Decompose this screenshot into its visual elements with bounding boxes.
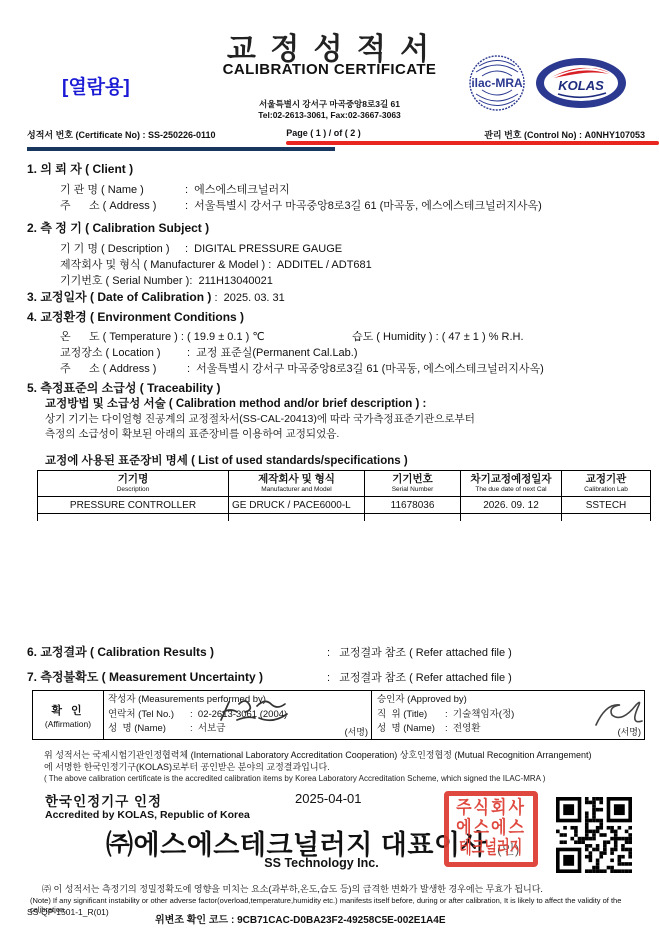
kolas-accreditation-en: Accredited by KOLAS, Republic of Korea	[45, 809, 250, 821]
tel-label: 연락처 (Tel No.)	[108, 708, 190, 723]
svg-text:KOLAS: KOLAS	[558, 78, 604, 93]
approver-signature	[592, 697, 648, 740]
standard-nextcal: 2026. 09. 12	[461, 497, 562, 514]
col-callab-kr: 교정기관	[562, 471, 650, 486]
traceability-description-line1: 상기 기기는 다이얼형 진공계의 교정절차서(SS-CAL-20413)에 따라…	[45, 411, 475, 426]
ilac-statement-line2: 에 서명한 한국인정기구(KOLAS)로부터 공인받은 분야의 교정결과입니다.	[44, 760, 330, 773]
traceability-method-line: 교정방법 및 소급성 서술 ( Calibration method and/o…	[45, 395, 426, 411]
control-number: 관리 번호 (Control No) : A0NHY107053	[484, 128, 645, 141]
client-address-row: 주 소 ( Address ): 서울특별시 강서구 마곡중앙8로3길 61 (…	[60, 197, 542, 213]
subject-description-value: : DIGITAL PRESSURE GAUGE	[185, 243, 342, 255]
svg-text:ilac-MRA: ilac-MRA	[471, 76, 523, 90]
location-row: 교정장소 ( Location ): 교정 표준실(Permanent Cal.…	[60, 344, 358, 360]
environment-address-label: 주 소 ( Address )	[60, 360, 187, 376]
standards-empty-row	[38, 514, 651, 522]
traceability-description-line2: 측정의 소급성이 확보된 아래의 표준장비를 이용하여 교정되었음.	[45, 426, 339, 441]
standard-manufacturer: GE DRUCK / PACE6000-L	[229, 497, 365, 514]
calibration-certificate-page: 교 정 성 적 서 CALIBRATION CERTIFICATE [열람용] …	[0, 0, 659, 932]
uncertainty-row: 7. 측정불확도 ( Measurement Uncertainty ): 교정…	[27, 668, 512, 685]
standard-description: PRESSURE CONTROLLER	[38, 497, 229, 514]
approver-title-label: 직 위 (Title)	[377, 708, 445, 723]
col-serial-en: Serial Number	[365, 486, 460, 496]
section-subject-heading: 2. 측 정 기 ( Calibration Subject )	[27, 219, 209, 236]
uncertainty-heading: 7. 측정불확도 ( Measurement Uncertainty )	[27, 668, 327, 685]
affirmation-title-cell: 확 인 (Affirmation)	[33, 691, 104, 739]
form-code: SS-QP-1501-1_R(01)	[27, 907, 109, 917]
humidity-row: 습도 ( Humidity ) : ( 47 ± 1 ) % R.H.	[352, 328, 524, 344]
subject-manufacturer-label: 제작회사 및 형식 ( Manufacturer & Model )	[60, 256, 268, 272]
standard-serial: 11678036	[365, 497, 461, 514]
col-manufacturer-en: Manufacturer and Model	[229, 486, 364, 496]
company-name-en: SS Technology Inc.	[264, 856, 378, 870]
client-name-label: 기 관 명 ( Name )	[60, 181, 185, 197]
temperature-row: 온 도 ( Temperature ) : ( 19.9 ± 0.1 ) ℃	[60, 328, 265, 344]
results-heading: 6. 교정결과 ( Calibration Results )	[27, 643, 327, 660]
uncertainty-value: : 교정결과 참조 ( Refer attached file )	[327, 672, 512, 684]
section-client-heading: 1. 의 뢰 자 ( Client )	[27, 160, 133, 177]
col-nextcal-en: The due date of next Cal	[461, 486, 561, 496]
subject-manufacturer-value: : ADDITEL / ADT681	[268, 259, 372, 271]
results-row: 6. 교정결과 ( Calibration Results ): 교정결과 참조…	[27, 643, 512, 660]
standards-header-row: 기기명Description 제작회사 및 형식Manufacturer and…	[38, 471, 651, 497]
standards-table-caption: 교정에 사용된 표준장비 명세 ( List of used standards…	[45, 452, 408, 468]
humidity-label: 습도 ( Humidity ) :	[352, 331, 442, 343]
accreditation-date: 2025-04-01	[295, 791, 362, 806]
calibration-date-heading: 3. 교정일자 ( Date of Calibration )	[27, 288, 211, 305]
affirmation-box: 확 인 (Affirmation) 작성자 (Measurements perf…	[32, 690, 645, 740]
client-name-row: 기 관 명 ( Name ): 에스에스테크널러지	[60, 181, 290, 197]
col-description-kr: 기기명	[38, 471, 228, 486]
section-environment-heading: 4. 교정환경 ( Environment Conditions )	[27, 308, 244, 325]
subject-manufacturer-row: 제작회사 및 형식 ( Manufacturer & Model ) : ADD…	[60, 256, 372, 272]
standard-callab: SSTECH	[562, 497, 651, 514]
lab-tel-fax: Tel:02-2613-3061, Fax:02-3667-3063	[0, 110, 659, 120]
col-callab-en: Calibration Lab	[562, 486, 650, 496]
header-rule	[27, 147, 335, 151]
ilac-statement-line3: ( The above calibration certificate is t…	[44, 774, 545, 783]
subject-description-label: 기 기 명 ( Description )	[60, 240, 185, 256]
results-value: : 교정결과 참조 ( Refer attached file )	[327, 647, 512, 659]
affirmation-title-en: (Affirmation)	[45, 719, 91, 729]
col-nextcal-kr: 차기교정예정일자	[461, 471, 561, 486]
col-serial-kr: 기기번호	[365, 471, 460, 486]
location-label: 교정장소 ( Location )	[60, 344, 187, 360]
environment-address-value: : 서울특별시 강서구 마곡중앙8로3길 61 (마곡동, 에스에스테크널러지사…	[187, 363, 544, 375]
tamper-verification-code: 위변조 확인 코드 : 9CB71CAC-D0BA23F2-49258C5E-0…	[155, 911, 446, 926]
section-traceability-heading: 5. 측정표준의 소급성 ( Traceability )	[27, 379, 220, 396]
certificate-number: 성적서 번호 (Certificate No) : SS-250226-0110	[27, 128, 216, 141]
subject-serial-row: 기기번호 ( Serial Number ): 211H13040021	[60, 272, 273, 288]
stamp-line3: 테크널러지	[459, 838, 522, 861]
client-name-value: : 에스에스테크널러지	[185, 184, 290, 196]
client-address-value: : 서울특별시 강서구 마곡중앙8로3길 61 (마곡동, 에스에스테크널러지사…	[185, 200, 542, 212]
company-seal-stamp: 주식회사 에스에스 테크널러지	[444, 791, 538, 867]
temperature-label: 온 도 ( Temperature ) :	[60, 331, 187, 343]
footer-note-kr: ㈜ 이 성적서는 측정기의 정밀정확도에 영향을 미치는 요소(과부하,온도,습…	[42, 882, 543, 895]
performer-sign-label: (서명)	[345, 725, 368, 738]
page-indicator: Page ( 1 ) / of ( 2 )	[286, 128, 361, 138]
col-description-en: Description	[38, 486, 228, 496]
performer-signature	[213, 694, 293, 739]
environment-address-row: 주 소 ( Address ): 서울특별시 강서구 마곡중앙8로3길 61 (…	[60, 360, 544, 376]
calibration-date-row: 3. 교정일자 ( Date of Calibration ) : 2025. …	[27, 288, 285, 306]
calibration-date-value: : 2025. 03. 31	[211, 292, 284, 304]
affirmation-title-kr: 확 인	[51, 702, 84, 718]
location-value: : 교정 표준실(Permanent Cal.Lab.)	[187, 347, 358, 359]
approver-name-value: : 전영환	[445, 723, 480, 734]
col-manufacturer-kr: 제작회사 및 형식	[229, 471, 364, 486]
subject-serial-value: : 211H13040021	[189, 275, 273, 287]
performer-name-label: 성 명 (Name)	[108, 722, 190, 737]
subject-description-row: 기 기 명 ( Description ): DIGITAL PRESSURE …	[60, 240, 342, 256]
approver-title-value: : 기술책임자(정)	[445, 709, 514, 720]
kolas-accreditation-kr: 한국인정기구 인정	[45, 790, 162, 810]
view-copy-label: [열람용]	[62, 72, 130, 99]
subject-serial-label: 기기번호 ( Serial Number )	[60, 272, 189, 288]
standards-table: 기기명Description 제작회사 및 형식Manufacturer and…	[37, 470, 651, 521]
approver-name-label: 성 명 (Name)	[377, 722, 445, 737]
qr-code	[556, 797, 632, 873]
standards-data-row: PRESSURE CONTROLLER GE DRUCK / PACE6000-…	[38, 497, 651, 514]
client-address-label: 주 소 ( Address )	[60, 197, 185, 213]
humidity-value: ( 47 ± 1 ) % R.H.	[442, 331, 524, 343]
red-underline-mark	[286, 141, 659, 145]
temperature-value: ( 19.9 ± 0.1 ) ℃	[187, 331, 265, 343]
lab-address: 서울특별시 강서구 마곡중앙8로3길 61	[0, 98, 659, 110]
